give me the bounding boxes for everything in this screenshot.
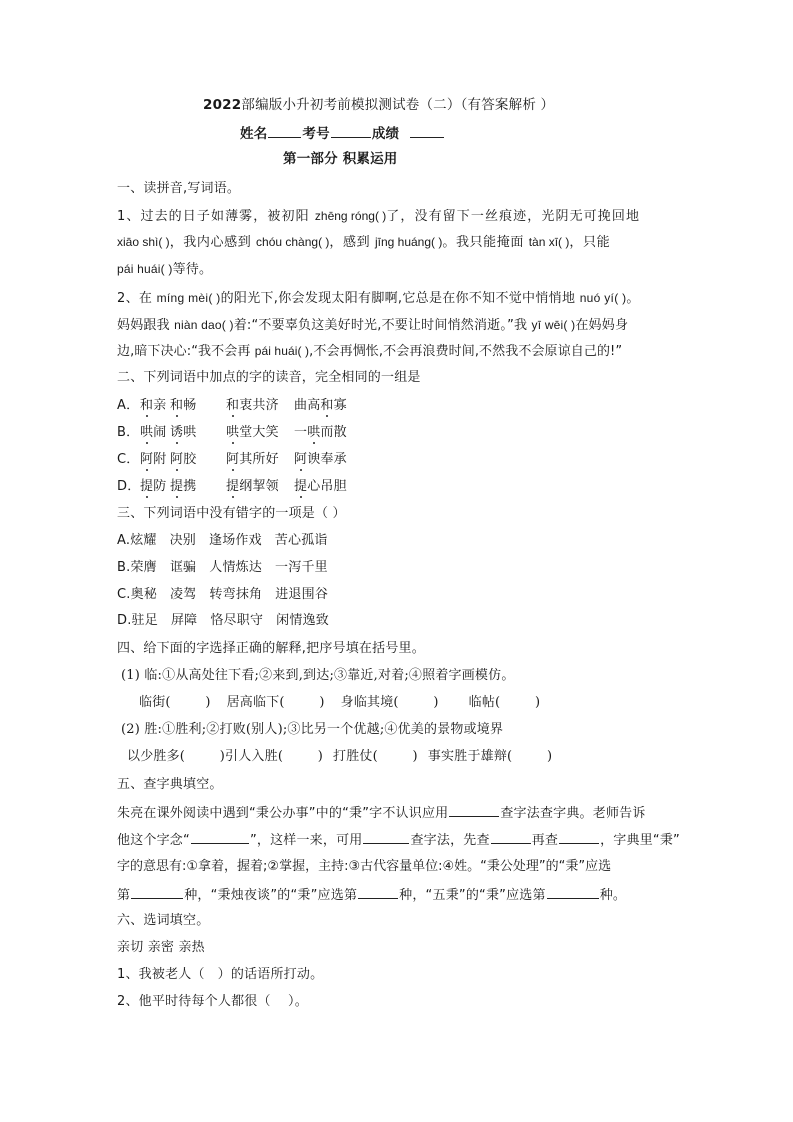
emphasized-char: 提 — [170, 479, 183, 494]
emphasized-char: 和 — [320, 398, 333, 413]
option-label: D． — [117, 478, 140, 496]
emphasized-char: 阿 — [140, 452, 153, 467]
section2-heading: 二、下列词语中加点的字的读音，完全相同的一组是 — [117, 369, 421, 387]
text: 。我只能掩面 — [442, 235, 528, 250]
section6-heading: 六、选词填空。 — [117, 912, 209, 930]
text: 查字法，先查 — [410, 833, 489, 848]
text: ，我内心感到 — [170, 235, 256, 250]
fill-item[interactable]: 事实胜于雄辩( ) — [428, 749, 552, 764]
text: 查字法查字典。老师告诉 — [500, 806, 645, 821]
strokes-blank[interactable] — [559, 830, 599, 844]
emphasized-char: 提 — [294, 479, 307, 494]
pinyin-blank[interactable]: chóu chàng( ) — [256, 235, 329, 249]
title-text: 部编版小升初考前模拟测试卷（二）（有答案解析 ） — [241, 97, 554, 113]
option-text: 炫耀 决别 逢场作戏 苦心孤诣 — [130, 533, 327, 548]
exam-title: 2022部编版小升初考前模拟测试卷（二）（有答案解析 ） — [203, 96, 554, 114]
text: 的阳光下,你会发现太阳有脚啊,它总是在你不知不觉中悄悄地 — [221, 291, 580, 306]
title-year: 2022 — [203, 97, 241, 113]
option-word: 提防 — [140, 478, 166, 496]
text: 边,暗下决心:“我不会再 — [117, 344, 255, 359]
text: 妈妈跟我 — [117, 318, 174, 333]
exam-no-blank[interactable] — [331, 124, 371, 138]
pinyin-blank[interactable]: niàn dao( ) — [174, 318, 234, 332]
option-word: 和亲 — [140, 397, 166, 415]
emphasized-char: 提 — [226, 479, 239, 494]
option-label: A． — [117, 397, 139, 415]
option-word: 哄闹 — [140, 424, 166, 442]
text: 等待。 — [173, 262, 213, 277]
exam-no-label: 考号 — [302, 126, 329, 142]
fill-item[interactable]: 以少胜多( ) — [127, 749, 225, 764]
s5-line2: 他这个字念“”，这样一来，可用查字法，先查再查，字典里“秉” — [117, 830, 680, 850]
student-info-line: 姓名考号成绩 — [240, 124, 445, 143]
emphasized-char: 哄 — [140, 425, 153, 440]
option-text: 荣膺 诓骗 人情炼达 一泻千里 — [130, 560, 327, 575]
text: 着:“不要辜负这美好时光,不要让时间悄然消逝。”我 — [234, 318, 532, 333]
pinyin-blank[interactable]: tàn xī( ) — [529, 235, 570, 249]
name-label: 姓名 — [240, 126, 267, 142]
name-blank[interactable] — [268, 124, 301, 138]
s1-q1-line2: xiāo shì( )，我内心感到 chóu chàng( )，感到 jīng … — [117, 233, 610, 252]
pinyin-blank[interactable]: xiāo shì( ) — [117, 235, 170, 249]
option-word: 阿其所好 — [226, 451, 279, 469]
text: 了，没有留下一丝痕迹，光阴无可挽回地 — [386, 209, 640, 224]
option-label: C. — [117, 587, 131, 602]
fill-item[interactable]: 临街( ) — [139, 695, 211, 710]
text: 种。 — [600, 888, 626, 903]
text: 再查 — [532, 833, 558, 848]
pinyin-blank[interactable]: pái huái( ) — [117, 262, 173, 276]
option-word: 提心吊胆 — [294, 478, 347, 496]
section4-heading: 四、给下面的字选择正确的解释,把序号填在括号里。 — [117, 640, 425, 658]
emphasized-char: 阿 — [226, 452, 239, 467]
text: 2、在 — [117, 291, 157, 306]
emphasized-char: 和 — [226, 398, 239, 413]
pronunciation-blank[interactable] — [191, 830, 249, 844]
text: ，只能 — [569, 235, 610, 250]
text: 第 — [117, 888, 130, 903]
option-word: 和畅 — [170, 397, 196, 415]
s5-line1: 朱亮在课外阅读中遇到“秉公办事”中的“秉”字不认识应用查字法查字典。老师告诉 — [117, 803, 646, 823]
option-word: 和衷共济 — [226, 397, 279, 415]
text: 在妈妈身 — [575, 318, 628, 333]
section1-heading: 一、读拼音,写词语。 — [117, 180, 240, 198]
s4-p2-definition: (2) 胜:①胜利;②打败(别人);③比另一个优越;④优美的景物或境界 — [121, 721, 503, 739]
s6-word-choices: 亲切 亲密 亲热 — [117, 939, 205, 957]
section5-heading: 五、查字典填空。 — [117, 776, 223, 794]
pinyin-blank[interactable]: yī wēi( ) — [532, 318, 576, 332]
option-word: 哄堂大笑 — [226, 424, 279, 442]
s4-p2-items: 以少胜多( )引人入胜( )打胜仗( )事实胜于雄辩( ) — [127, 748, 552, 766]
emphasized-char: 阿 — [294, 452, 307, 467]
fill-item[interactable]: 居高临下( ) — [227, 695, 325, 710]
text: ，字典里“秉” — [600, 833, 680, 848]
option-label: B． — [117, 424, 139, 442]
s1-q2-line3: 边,暗下决心:“我不会再 pái huái( ),不会再惆怅,不会再浪费时间,不… — [117, 342, 622, 361]
s3-option-d[interactable]: D.驻足 屏障 恪尽职守 闲情逸致 — [117, 612, 329, 630]
score-label: 成绩 — [372, 126, 399, 142]
text: ,不会再惆怅,不会再浪费时间,不然我不会原谅自己的!” — [309, 344, 622, 359]
option-word: 提携 — [170, 478, 196, 496]
emphasized-char: 哄 — [307, 425, 320, 440]
option-label: C． — [117, 451, 139, 469]
s4-p1-items: 临街( )居高临下( )身临其境( )临帖( ) — [139, 694, 540, 712]
part-title: 第一部分 积累运用 — [283, 150, 398, 168]
s5-line4: 第种，“秉烛夜谈”的“秉”应选第种，“五秉”的“秉”应选第种。 — [117, 885, 626, 905]
text: ，感到 — [329, 235, 375, 250]
lookup-method-blank[interactable] — [449, 803, 499, 817]
emphasized-char: 和 — [140, 398, 153, 413]
option-label: A. — [117, 533, 130, 548]
text: 1、过去的日子如薄雾，被初阳 — [117, 209, 315, 224]
meaning3-blank[interactable] — [547, 885, 599, 899]
emphasized-char: 和 — [170, 398, 183, 413]
pinyin-blank[interactable]: zhēng róng( ) — [315, 209, 386, 223]
option-word: 阿谀奉承 — [294, 451, 347, 469]
radical-blank[interactable] — [491, 830, 531, 844]
text: 种，“秉烛夜谈”的“秉”应选第 — [184, 888, 357, 903]
pinyin-blank[interactable]: pái huái( ) — [255, 344, 309, 358]
section3-heading: 三、下列词语中没有错字的一项是（ ） — [117, 505, 346, 523]
option-word: 诱哄 — [170, 424, 196, 442]
s3-option-c[interactable]: C.奥秘 凌驾 转弯抹角 进退围谷 — [117, 586, 328, 604]
s1-q1-line3: pái huái( )等待。 — [117, 260, 212, 279]
s6-question-1[interactable]: 1、我被老人（ ）的话语所打动。 — [117, 966, 323, 984]
text: 种，“五秉”的“秉”应选第 — [399, 888, 546, 903]
fill-item[interactable]: 打胜仗( ) — [333, 749, 418, 764]
lookup-method2-blank[interactable] — [363, 830, 409, 844]
emphasized-char: 诱 — [170, 425, 183, 440]
pinyin-blank[interactable]: míng mèi( ) — [157, 291, 221, 305]
option-text: 奥秘 凌驾 转弯抹角 进退围谷 — [131, 587, 328, 602]
s6-question-2[interactable]: 2、他平时待每个人都很（ ）。 — [117, 993, 308, 1011]
fill-item[interactable]: 临帖( ) — [469, 695, 541, 710]
option-text: 驻足 屏障 恪尽职守 闲情逸致 — [132, 613, 329, 628]
option-label: B. — [117, 560, 130, 575]
s1-q1-line1: 1、过去的日子如薄雾，被初阳 zhēng róng( )了，没有留下一丝痕迹，光… — [117, 207, 640, 226]
text: 。 — [626, 291, 639, 306]
pinyin-blank[interactable]: jīng huáng( ) — [375, 235, 442, 249]
option-word: 曲高和寡 — [294, 397, 347, 415]
text: 朱亮在课外阅读中遇到“秉公办事”中的“秉”字不认识应用 — [117, 806, 448, 821]
fill-item[interactable]: 身临其境( ) — [341, 695, 439, 710]
s3-option-a[interactable]: A.炫耀 决别 逢场作戏 苦心孤诣 — [117, 532, 328, 550]
emphasized-char: 哄 — [226, 425, 239, 440]
s5-line3: 字的意思有:①拿着，握着;②掌握，主持:③古代容量单位:④姓。“秉公处理”的“秉… — [117, 858, 611, 876]
text: 他这个字念“ — [117, 833, 190, 848]
exam-page: 2022部编版小升初考前模拟测试卷（二）（有答案解析 ） 姓名考号成绩 第一部分… — [0, 0, 793, 1122]
fill-item[interactable]: 引人入胜( ) — [225, 749, 323, 764]
s1-q2-line2: 妈妈跟我 niàn dao( )着:“不要辜负这美好时光,不要让时间悄然消逝。”… — [117, 316, 628, 335]
option-word: 阿附 — [140, 451, 166, 469]
text: ”，这样一来，可用 — [250, 833, 363, 848]
score-blank[interactable] — [410, 124, 444, 138]
option-word: 提纲挈领 — [226, 478, 279, 496]
s1-q2-line1: 2、在 míng mèi( )的阳光下,你会发现太阳有脚啊,它总是在你不知不觉中… — [117, 289, 640, 308]
s4-p1-definition: (1) 临:①从高处往下看;②来到,到达;③靠近,对着;④照着字画模仿。 — [121, 667, 515, 685]
option-word: 一哄而散 — [294, 424, 347, 442]
option-word: 阿胶 — [170, 451, 196, 469]
meaning2-blank[interactable] — [358, 885, 398, 899]
pinyin-blank[interactable]: nuó yí( ) — [580, 291, 627, 305]
s3-option-b[interactable]: B.荣膺 诓骗 人情炼达 一泻千里 — [117, 559, 328, 577]
emphasized-char: 阿 — [170, 452, 183, 467]
emphasized-char: 提 — [140, 479, 153, 494]
option-label: D. — [117, 613, 132, 628]
meaning1-blank[interactable] — [131, 885, 183, 899]
